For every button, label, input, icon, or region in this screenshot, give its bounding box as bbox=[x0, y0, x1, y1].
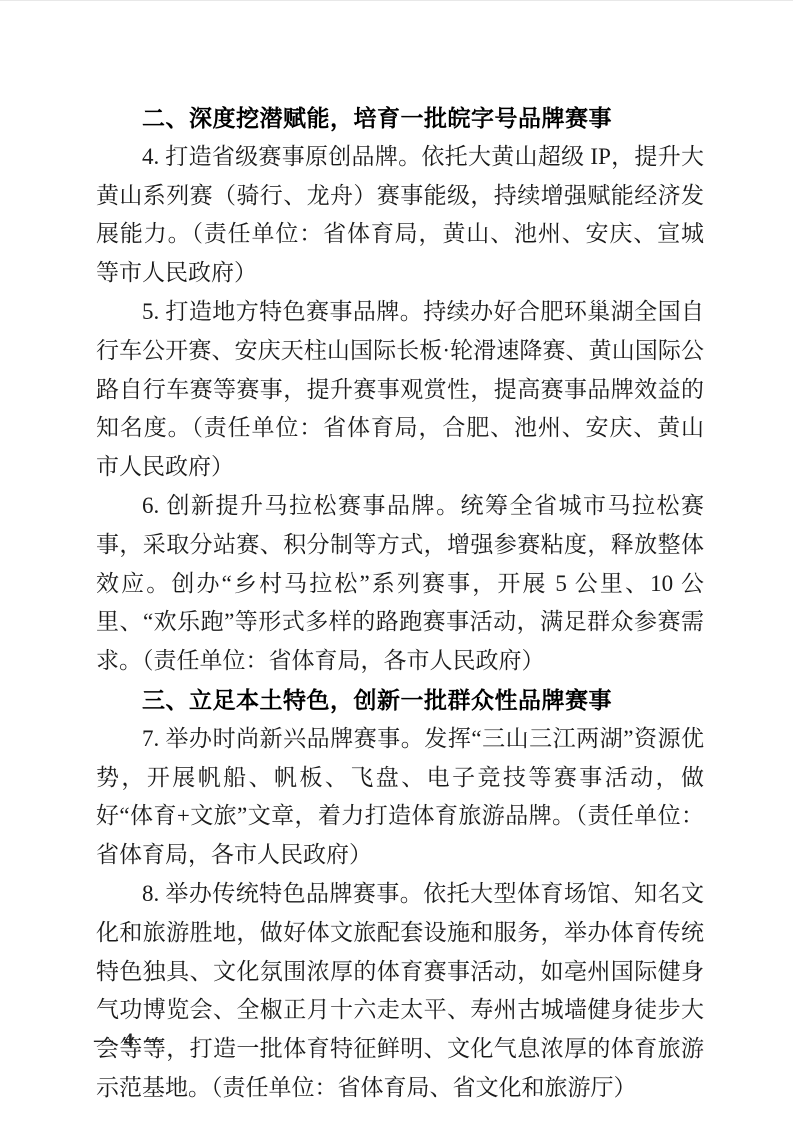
document-page: 二、深度挖潜赋能，培育一批皖字号品牌赛事 4. 打造省级赛事原创品牌。依托大黄山… bbox=[0, 0, 793, 1123]
section-3-heading: 三、立足本土特色，创新一批群众性品牌赛事 bbox=[96, 681, 704, 720]
paragraph-item-7: 7. 举办时尚新兴品牌赛事。发挥“三山三江两湖”资源优势，开展帆船、帆板、飞盘、… bbox=[96, 720, 704, 875]
paragraph-item-8: 8. 举办传统特色品牌赛事。依托大型体育场馆、知名文化和旅游胜地，做好体文旅配套… bbox=[96, 875, 704, 1108]
document-body: 二、深度挖潜赋能，培育一批皖字号品牌赛事 4. 打造省级赛事原创品牌。依托大黄山… bbox=[96, 99, 704, 1108]
section-2-heading: 二、深度挖潜赋能，培育一批皖字号品牌赛事 bbox=[96, 99, 704, 138]
paragraph-item-5: 5. 打造地方特色赛事品牌。持续办好合肥环巢湖全国自行车公开赛、安庆天柱山国际长… bbox=[96, 293, 704, 487]
paragraph-item-6: 6. 创新提升马拉松赛事品牌。统筹全省城市马拉松赛事，采取分站赛、积分制等方式，… bbox=[96, 487, 704, 681]
page-number: — 4 — bbox=[94, 1030, 166, 1052]
section-3: 三、立足本土特色，创新一批群众性品牌赛事 7. 举办时尚新兴品牌赛事。发挥“三山… bbox=[96, 681, 704, 1108]
section-2: 二、深度挖潜赋能，培育一批皖字号品牌赛事 4. 打造省级赛事原创品牌。依托大黄山… bbox=[96, 99, 704, 681]
paragraph-item-4: 4. 打造省级赛事原创品牌。依托大黄山超级 IP，提升大黄山系列赛（骑行、龙舟）… bbox=[96, 138, 704, 293]
